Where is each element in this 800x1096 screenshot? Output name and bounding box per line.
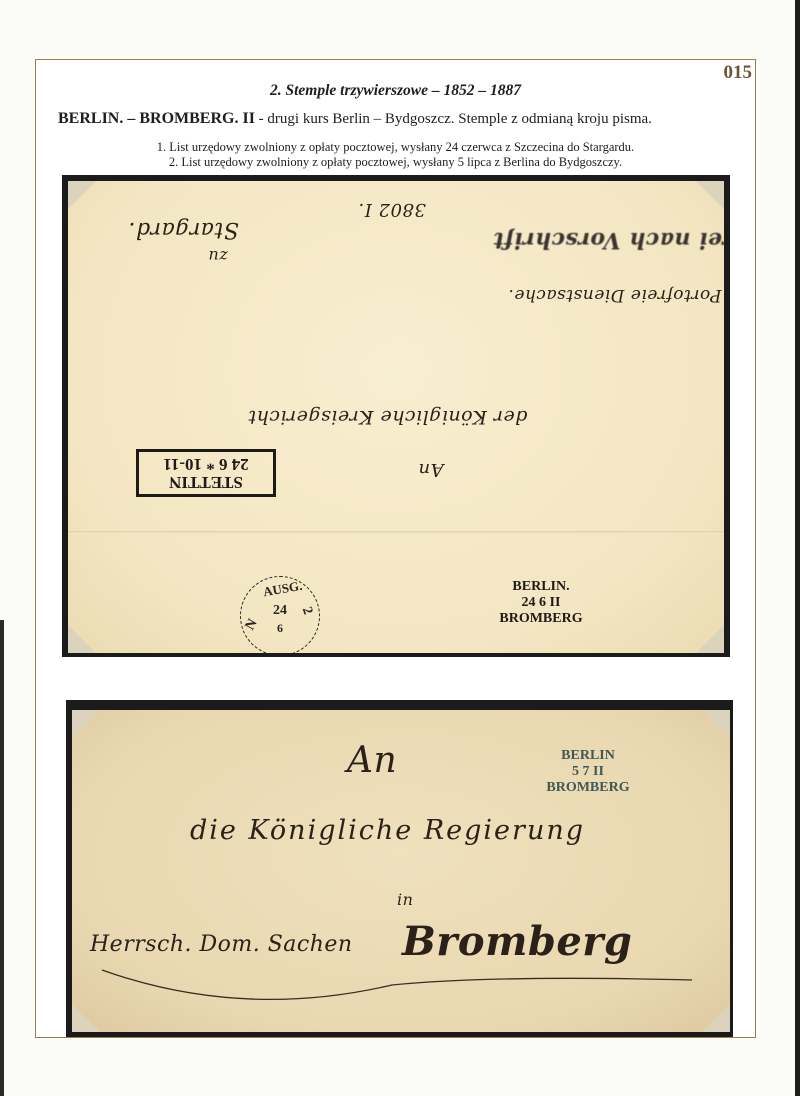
photo-corner [68,625,96,653]
docket-number: 3802 I. [358,199,426,220]
route-heading: BERLIN. – BROMBERG. II - drugi kurs Berl… [58,110,652,128]
fold-line [68,531,724,534]
stettin-box-postmark: STETTIN 24 6 * 10-11 [136,449,276,497]
stamp-line: BROMBERG [496,611,586,627]
cover-1-envelope: 3802 I. Stargard. zu Frei nach Vorschrif… [68,181,724,653]
handwriting-addressee: die Königliche Regierung [190,815,585,846]
flourish-underline [92,950,692,1010]
cover-2-mount: An die Königliche Regierung in Herrsch. … [66,700,733,1037]
stamp-text: N [243,617,262,634]
description-1: 1. List urzędowy zwolniony z opłaty pocz… [36,140,755,155]
stamp-line: 24 6 * 10-11 [147,455,265,473]
berlin-bromberg-postmark: BERLIN 5 7 II BROMBERG [540,748,636,796]
stamp-text: 6 [277,621,283,636]
stamp-text: 24 [273,603,287,619]
cover-2-envelope: An die Königliche Regierung in Herrsch. … [72,710,730,1032]
cover-1-mount: 3802 I. Stargard. zu Frei nach Vorschrif… [62,175,730,657]
photo-corner [72,710,100,738]
photo-corner [696,625,724,653]
scan-edge-right [795,0,800,1096]
ausgabe-circular-postmark: AUSG. N 2 24 6 [240,576,320,653]
handwriting-an: An [347,740,397,781]
description-2: 2. List urzędowy zwolniony z opłaty pocz… [36,155,755,170]
page-number: 015 [724,62,753,84]
photo-corner [696,181,724,209]
stamp-text: 2 [298,605,315,617]
route-description: - drugi kurs Berlin – Bydgoszcz. Stemple… [255,111,652,127]
stamp-line: 5 7 II [540,764,636,780]
handwriting-smudged: Frei nach Vorschrift [493,227,724,253]
scan-edge-left [0,620,4,1096]
handwriting-an: An [418,459,444,480]
handwriting-zu: zu [208,247,228,266]
handwriting-destination: Stargard. [128,217,239,242]
route-name: BERLIN. – BROMBERG. II [58,110,255,127]
handwriting-service-note: Portofreie Dienstsache. [508,285,721,305]
berlin-bromberg-postmark: BERLIN. 24 6 II BROMBERG [496,579,586,627]
stamp-line: 24 6 II [496,595,586,611]
section-title: 2. Stemple trzywierszowe – 1852 – 1887 [36,82,755,100]
stamp-text: AUSG. [262,578,304,601]
handwriting-in: in [397,890,413,909]
photo-corner [68,181,96,209]
photo-corner [702,1004,730,1032]
stamp-line: STETTIN [147,473,265,491]
handwriting-addressee: der Königliche Kreisgericht [248,406,527,428]
stamp-line: BERLIN [540,748,636,764]
stamp-line: BROMBERG [540,780,636,796]
photo-corner [702,710,730,738]
stamp-line: BERLIN. [496,579,586,595]
